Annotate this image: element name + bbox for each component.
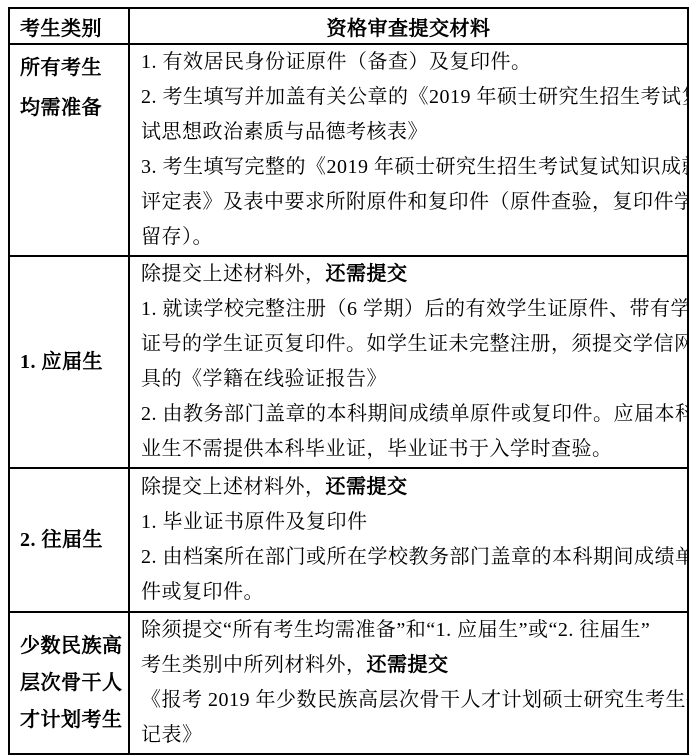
body-text: 业生不需提供本科毕业证，毕业证书于入学时查验。 (141, 438, 613, 460)
materials-line: 除须提交“所有考生均需准备”和“1. 应届生”或“2. 往届生” (141, 613, 683, 648)
body-text: 试思想政治素质与品德考核表》 (141, 121, 428, 143)
category-line: 2. 往届生 (20, 522, 128, 559)
emphasis-text: 还需提交 (326, 263, 408, 285)
table-row-previous-graduates: 2. 往届生 除提交上述材料外，还需提交1. 毕业证书原件及复印件2. 由档案所… (9, 468, 688, 612)
category-cell-current-graduates: 1. 应届生 (9, 256, 129, 468)
body-text: 具的《学籍在线验证报告》 (141, 368, 387, 390)
materials-cell-current-graduates: 除提交上述材料外，还需提交1. 就读学校完整注册（6 学期）后的有效学生证原件、… (129, 256, 688, 468)
materials-line: 考生类别中所列材料外，还需提交 (141, 648, 683, 683)
materials-cell-previous-graduates: 除提交上述材料外，还需提交1. 毕业证书原件及复印件2. 由档案所在部门或所在学… (129, 468, 688, 612)
materials-line: 证号的学生证页复印件。如学生证未完整注册，须提交学信网出 (141, 327, 683, 362)
category-line: 所有考生 (20, 48, 128, 88)
category-line: 才计划考生 (20, 702, 128, 739)
body-text: 除提交上述材料外， (141, 263, 326, 285)
body-text: 2. 考生填写并加盖有关公章的《2019 年硕士研究生招生考试复 (141, 86, 688, 108)
header-materials-cell: 资格审查提交材料 (129, 8, 688, 44)
materials-line: 《报考 2019 年少数民族高层次骨干人才计划硕士研究生考生登 (141, 683, 683, 718)
category-line: 少数民族高 (20, 628, 128, 665)
materials-line: 试思想政治素质与品德考核表》 (141, 115, 683, 150)
materials-line: 1. 毕业证书原件及复印件 (141, 505, 683, 540)
body-text: 3. 考生填写完整的《2019 年硕士研究生招生考试复试知识成就 (141, 156, 688, 178)
materials-cell-all-candidates: 1. 有效居民身份证原件（备查）及复印件。2. 考生填写并加盖有关公章的《201… (129, 44, 688, 256)
materials-line: 2. 考生填写并加盖有关公章的《2019 年硕士研究生招生考试复 (141, 80, 683, 115)
materials-line: 具的《学籍在线验证报告》 (141, 362, 683, 397)
category-line: 层次骨干人 (20, 665, 128, 702)
materials-line: 3. 考生填写完整的《2019 年硕士研究生招生考试复试知识成就 (141, 150, 683, 185)
category-line: 1. 应届生 (20, 344, 128, 381)
materials-line: 留存）。 (141, 220, 683, 255)
materials-line: 除提交上述材料外，还需提交 (141, 470, 683, 505)
qualification-materials-table: 考生类别 资格审查提交材料 所有考生均需准备 1. 有效居民身份证原件（备查）及… (8, 7, 689, 755)
body-text: 1. 就读学校完整注册（6 学期）后的有效学生证原件、带有学生 (141, 298, 688, 320)
body-text: 1. 有效居民身份证原件（备查）及复印件。 (141, 51, 532, 73)
materials-line: 件或复印件。 (141, 575, 683, 610)
category-cell-all-candidates: 所有考生均需准备 (9, 44, 129, 256)
emphasis-text: 还需提交 (367, 654, 449, 676)
body-text: 考生类别中所列材料外， (141, 654, 367, 676)
materials-line: 记表》 (141, 718, 683, 753)
materials-line: 2. 由档案所在部门或所在学校教务部门盖章的本科期间成绩单原 (141, 540, 683, 575)
body-text: 评定表》及表中要求所附原件和复印件（原件查验，复印件学院 (141, 191, 688, 213)
table-row-minority-program: 少数民族高层次骨干人才计划考生 除须提交“所有考生均需准备”和“1. 应届生”或… (9, 612, 688, 754)
body-text: 2. 由教务部门盖章的本科期间成绩单原件或复印件。应届本科毕 (141, 403, 688, 425)
body-text: 2. 由档案所在部门或所在学校教务部门盖章的本科期间成绩单原 (141, 546, 688, 568)
body-text: 除提交上述材料外， (141, 476, 326, 498)
table-row-all-candidates: 所有考生均需准备 1. 有效居民身份证原件（备查）及复印件。2. 考生填写并加盖… (9, 44, 688, 256)
body-text: 留存）。 (141, 226, 213, 248)
category-line: 均需准备 (20, 88, 128, 128)
category-cell-previous-graduates: 2. 往届生 (9, 468, 129, 612)
table-row-current-graduates: 1. 应届生 除提交上述材料外，还需提交1. 就读学校完整注册（6 学期）后的有… (9, 256, 688, 468)
materials-line: 1. 就读学校完整注册（6 学期）后的有效学生证原件、带有学生 (141, 292, 683, 327)
materials-line: 除提交上述材料外，还需提交 (141, 257, 683, 292)
body-text: 证号的学生证页复印件。如学生证未完整注册，须提交学信网出 (141, 333, 688, 355)
materials-line: 评定表》及表中要求所附原件和复印件（原件查验，复印件学院 (141, 185, 683, 220)
header-category-cell: 考生类别 (9, 8, 129, 44)
materials-line: 业生不需提供本科毕业证，毕业证书于入学时查验。 (141, 432, 683, 467)
body-text: 《报考 2019 年少数民族高层次骨干人才计划硕士研究生考生登 (141, 689, 688, 711)
header-row: 考生类别 资格审查提交材料 (9, 8, 688, 44)
materials-line: 1. 有效居民身份证原件（备查）及复印件。 (141, 45, 683, 80)
materials-line: 2. 由教务部门盖章的本科期间成绩单原件或复印件。应届本科毕 (141, 397, 683, 432)
body-text: 记表》 (141, 724, 203, 746)
body-text: 1. 毕业证书原件及复印件 (141, 511, 368, 533)
body-text: 除须提交“所有考生均需准备”和“1. 应届生”或“2. 往届生” (141, 619, 650, 641)
emphasis-text: 还需提交 (326, 476, 408, 498)
materials-cell-minority-program: 除须提交“所有考生均需准备”和“1. 应届生”或“2. 往届生”考生类别中所列材… (129, 612, 688, 754)
category-cell-minority-program: 少数民族高层次骨干人才计划考生 (9, 612, 129, 754)
body-text: 件或复印件。 (141, 581, 264, 603)
